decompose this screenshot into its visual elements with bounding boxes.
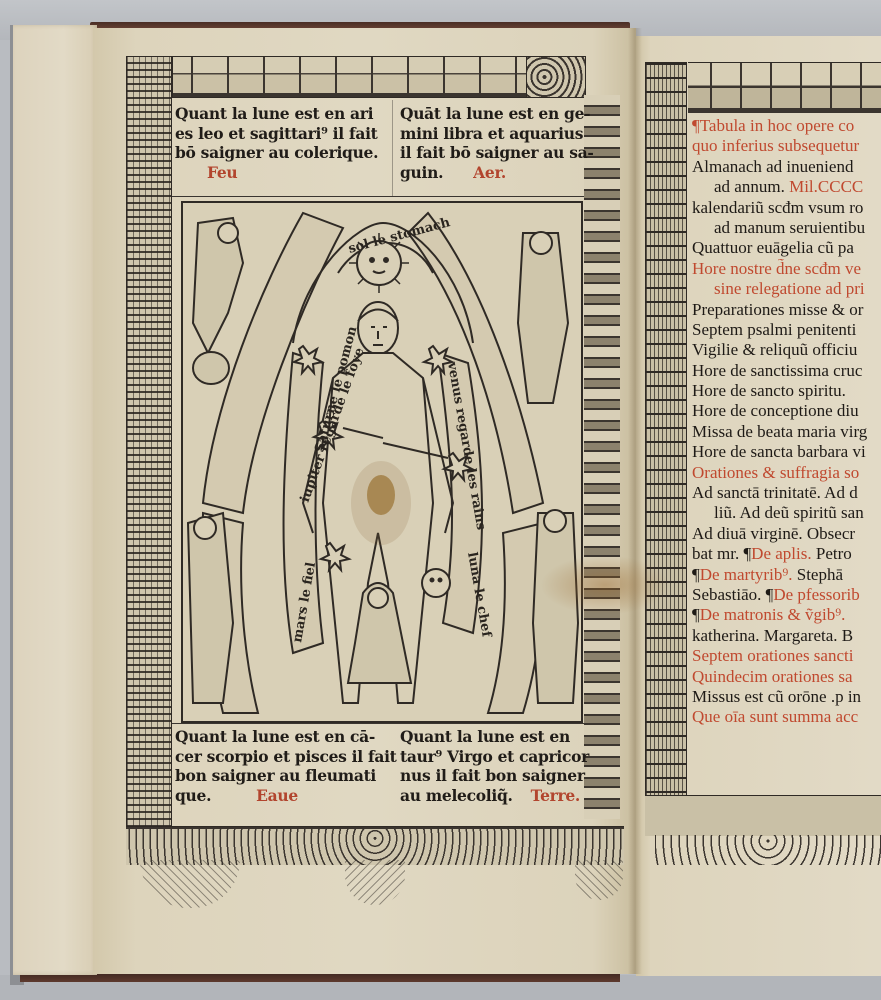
- toc-line: Orationes & suffragia so: [692, 463, 881, 483]
- caption-line: bon saigner au fleumati: [175, 766, 390, 786]
- toc-line: Septem orationes sancti: [692, 646, 881, 666]
- toc-line: Hore de sancta barbara vi: [692, 442, 881, 462]
- element-label-air: Aer.: [443, 163, 506, 182]
- toc-line: katherina. Margareta. B: [692, 626, 881, 646]
- toc-text-red: De pfessorib: [773, 585, 859, 604]
- toc-text-red: De matronis & ṽgib⁹.: [700, 605, 846, 624]
- zodiac-man-woodcut: sol le stomach Saturne le pomon iupiter …: [181, 201, 583, 723]
- toc-text-black: bat mr. ¶: [692, 544, 751, 563]
- toc-line: kalendariũ scđm vsum ro: [692, 198, 881, 218]
- toc-text-red: De aplis.: [751, 544, 811, 563]
- toc-line: Ad sanctā trinitatē. Ad d: [692, 483, 881, 503]
- toc-line: Preparationes misse & or: [692, 300, 881, 320]
- toc-line: Que oīa sunt summa acc: [692, 707, 881, 727]
- caption-line: Quant la lune est en: [400, 727, 585, 747]
- caption-line: Quant la lune est en cā-: [175, 727, 390, 747]
- toc-line: Hore de conceptione diu: [692, 401, 881, 421]
- caption-line: es leo et sagittari⁹ il fait: [175, 124, 390, 144]
- toc-text-black: Sebastiāo. ¶: [692, 585, 773, 604]
- toc-line: Hore de sancto spiritu.: [692, 381, 881, 401]
- toc-text-black: ¶: [692, 605, 700, 624]
- caption-line: bō saigner au colerique.: [175, 143, 390, 163]
- caption-air: Quāt la lune est en ge- mini libra et aq…: [400, 104, 585, 182]
- caption-earth: Quant la lune est en taur⁹ Virgo et capr…: [400, 727, 585, 805]
- caption-fire: Quant la lune est en ari es leo et sagit…: [175, 104, 390, 182]
- toc-text-red: De martyrib⁹.: [700, 565, 793, 584]
- decorative-border-bottom-right-page: [645, 795, 881, 836]
- flyleaf: [13, 25, 97, 975]
- toc-line: ¶De martyrib⁹. Stephā: [692, 565, 881, 585]
- caption-line: Quant la lune est en ari: [175, 104, 390, 124]
- table-of-contents: ¶Tabula in hoc opere coquo inferius subs…: [692, 116, 881, 728]
- element-label-fire: Feu: [175, 163, 390, 183]
- divider: [172, 196, 584, 197]
- decorative-border-top-right-page: [688, 62, 881, 113]
- divider: [172, 723, 584, 724]
- caption-line: il fait bō saigner au sa-: [400, 143, 585, 163]
- toc-text-black: Petro: [812, 544, 852, 563]
- toc-line: bat mr. ¶De aplis. Petro: [692, 544, 881, 564]
- caption-line: cer scorpio et pisces il fait: [175, 747, 390, 767]
- toc-line: Septem psalmi penitenti: [692, 320, 881, 340]
- decorative-border-left: [126, 56, 172, 828]
- toc-line: Quindecim orationes sa: [692, 667, 881, 687]
- element-label-water: Eaue: [211, 786, 298, 805]
- caption-line: mini libra et aquarius: [400, 124, 585, 144]
- toc-line: Ad diuā virginē. Obsecr: [692, 524, 881, 544]
- element-label-earth: Terre.: [513, 786, 580, 805]
- toc-line: quo inferius subsequetur: [692, 136, 881, 156]
- caption-line: que.: [175, 786, 211, 805]
- caption-water: Quant la lune est en cā- cer scorpio et …: [175, 727, 390, 805]
- caption-line: guin.: [400, 163, 443, 182]
- toc-line: ad annum. Mil.CCCC: [692, 177, 881, 197]
- toc-line: ad manum seruientibu: [692, 218, 881, 238]
- toc-line: Missa de beata maria virg: [692, 422, 881, 442]
- toc-text-black: ad annum.: [714, 177, 789, 196]
- column-divider: [392, 100, 393, 196]
- toc-line: Hore de sanctissima cruc: [692, 361, 881, 381]
- water-stain: [540, 555, 670, 615]
- caption-line: Quāt la lune est en ge-: [400, 104, 585, 124]
- decorative-border-right: [584, 95, 620, 819]
- caption-line: taur⁹ Virgo et capricor: [400, 747, 585, 767]
- decorative-corner-block: [526, 56, 586, 98]
- toc-line: sine relegatione ad pri: [692, 279, 881, 299]
- woodcut-drawing: sol le stomach Saturne le pomon iupiter …: [183, 203, 581, 721]
- toc-line: Quattuor euāgelia cũ pa: [692, 238, 881, 258]
- toc-line: Almanach ad inueniend: [692, 157, 881, 177]
- toc-line: Sebastiāo. ¶De pfessorib: [692, 585, 881, 605]
- toc-line: Hore nostre d̃ne scđm ve: [692, 259, 881, 279]
- ornament-bottom-right-page: [655, 835, 881, 865]
- toc-line: ¶De matronis & ṽgib⁹.: [692, 605, 881, 625]
- decorative-border-left-right-page: [645, 62, 687, 824]
- toc-line: Vigilie & reliquũ officiu: [692, 340, 881, 360]
- gutter-shadow: [628, 28, 642, 974]
- caption-line: nus il fait bon saigner: [400, 766, 585, 786]
- decorative-border-top: [172, 56, 528, 98]
- toc-text-black: ¶: [692, 565, 700, 584]
- toc-text-black: Stephā: [793, 565, 844, 584]
- toc-line: ¶Tabula in hoc opere co: [692, 116, 881, 136]
- caption-line: au melecoliq̃.: [400, 786, 513, 805]
- toc-line: liũ. Ad deũ spiritũ san: [692, 503, 881, 523]
- toc-text-red: Mil.CCCC: [789, 177, 863, 196]
- toc-line: Missus est cũ orōne .p in: [692, 687, 881, 707]
